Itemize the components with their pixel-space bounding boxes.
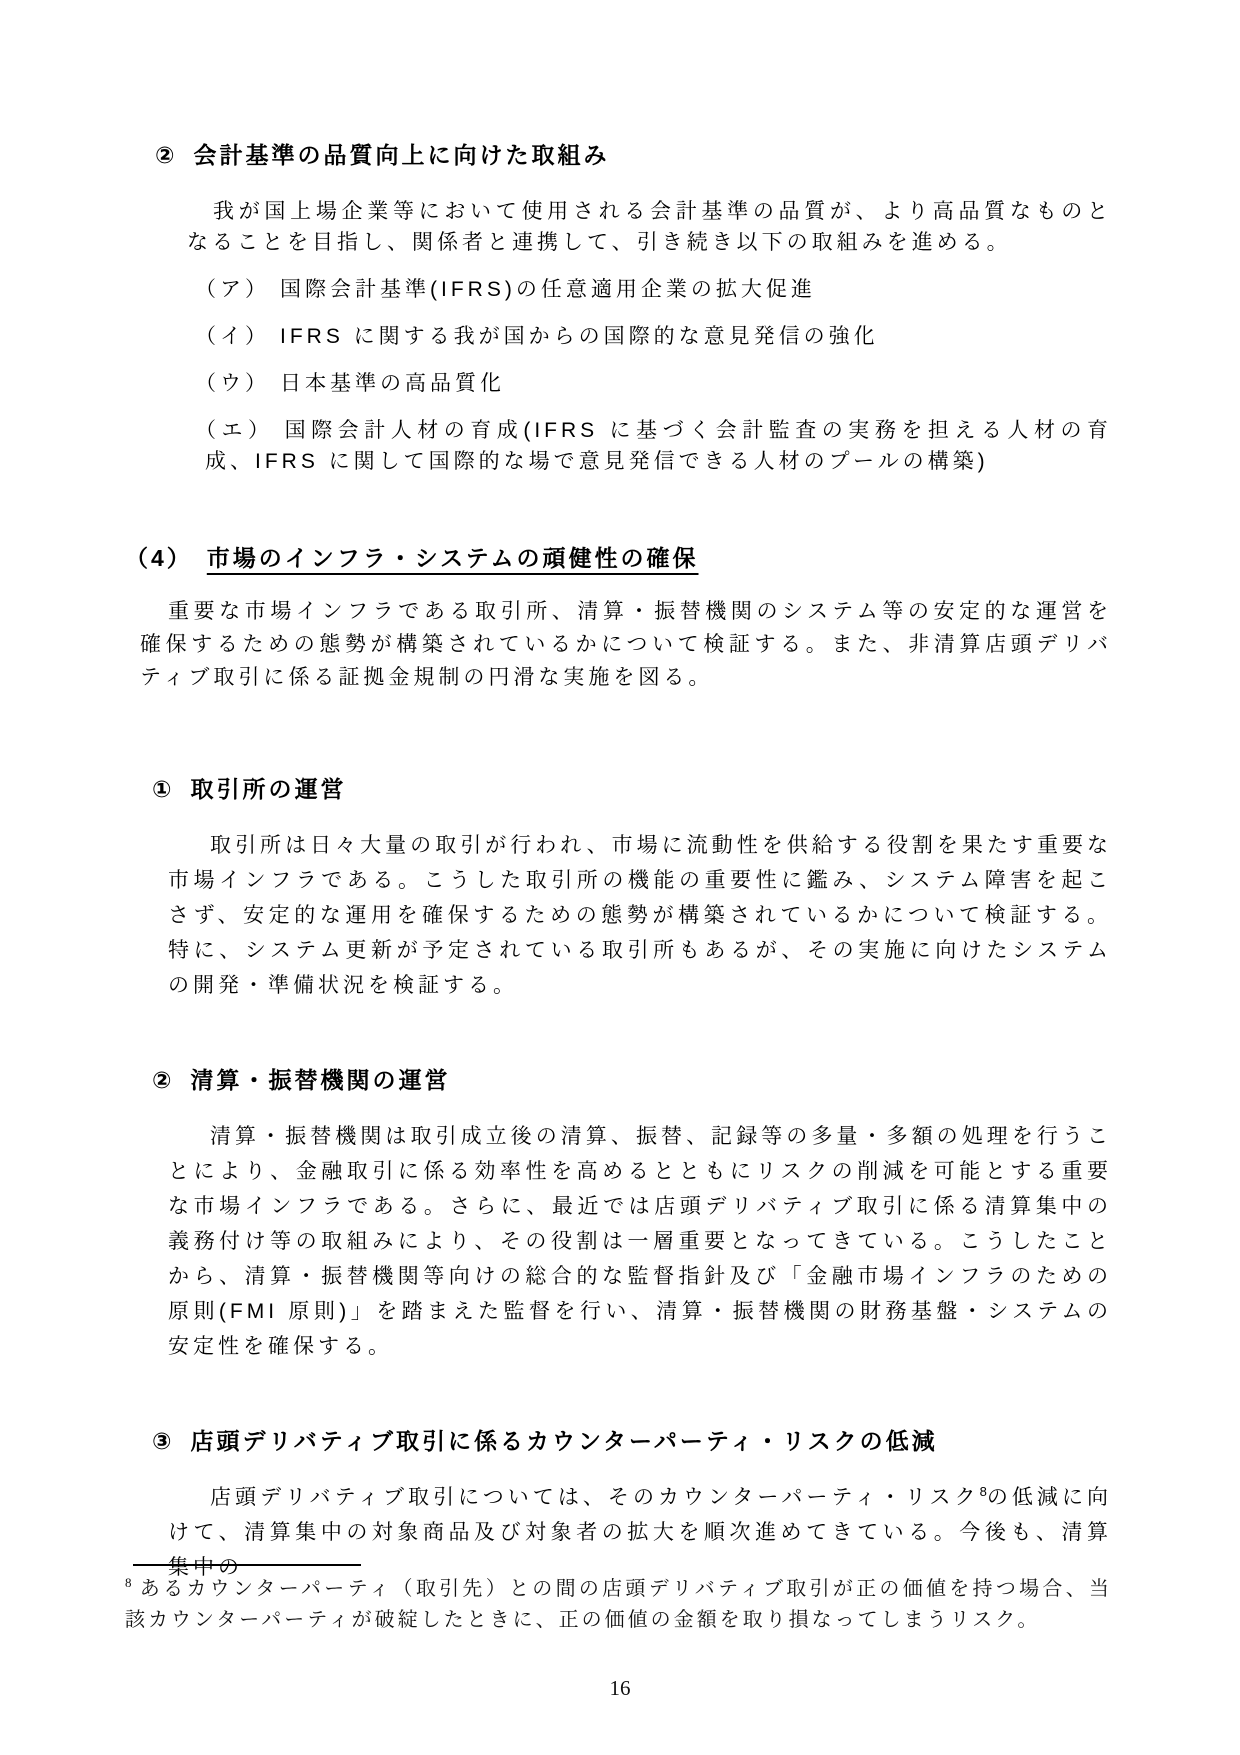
list-item: （ウ）日本基準の高品質化: [195, 368, 1112, 399]
sub3-heading-title: 店頭デリバティブ取引に係るカウンターパーティ・リスクの低減: [190, 1428, 937, 1454]
sub3-heading: ③店頭デリバティブ取引に係るカウンターパーティ・リスクの低減: [152, 1424, 1112, 1458]
footnote: 8あるカウンターパーティ（取引先）との間の店頭デリバティブ取引が正の価値を持つ場…: [125, 1574, 1112, 1636]
list-item-label: （イ）: [195, 325, 270, 348]
list-item: （イ）IFRS に関する我が国からの国際的な意見発信の強化: [195, 321, 1112, 352]
footnote-reference-marker: 8: [980, 1484, 987, 1499]
list-item-label: （ア）: [195, 278, 270, 301]
section4-heading-number: （4）: [125, 545, 193, 571]
sub1-heading-number: ①: [152, 776, 174, 802]
footnote-separator: [133, 1564, 361, 1566]
sub3-heading-number: ③: [152, 1428, 174, 1454]
sub1-body-paragraph: 取引所は日々大量の取引が行われ、市場に流動性を供給する役割を果たす重要な市場イン…: [168, 828, 1112, 1003]
item2-heading-title: 会計基準の品質向上に向けた取組み: [193, 142, 609, 168]
list-item-text: 日本基準の高品質化: [280, 372, 505, 395]
item2-heading: ②会計基準の品質向上に向けた取組み: [155, 138, 1112, 172]
sub2-body-paragraph: 清算・振替機関は取引成立後の清算、振替、記録等の多量・多額の処理を行うことにより…: [168, 1119, 1112, 1364]
page-number: 16: [0, 1676, 1240, 1701]
section4-heading: （4）市場のインフラ・システムの頑健性の確保: [125, 541, 1112, 575]
document-page: ②会計基準の品質向上に向けた取組み 我が国上場企業等において使用される会計基準の…: [0, 0, 1240, 1755]
footnote-area: 8あるカウンターパーティ（取引先）との間の店頭デリバティブ取引が正の価値を持つ場…: [125, 1556, 1112, 1636]
list-item: （ア）国際会計基準(IFRS)の任意適用企業の拡大促進: [195, 274, 1112, 305]
list-item-label: （ウ）: [195, 372, 270, 395]
sub2-heading: ②清算・振替機関の運営: [152, 1063, 1112, 1097]
section4-intro-paragraph: 重要な市場インフラである取引所、清算・振替機関のシステム等の安定的な運営を確保す…: [140, 595, 1112, 694]
list-item-text: 国際会計人材の育成(IFRS に基づく会計監査の実務を担える人材の育成、IFRS…: [205, 419, 1112, 473]
sub2-heading-title: 清算・振替機関の運営: [190, 1067, 450, 1093]
item2-kana-list: （ア）国際会計基準(IFRS)の任意適用企業の拡大促進 （イ）IFRS に関する…: [125, 274, 1112, 477]
sub2-heading-number: ②: [152, 1067, 174, 1093]
sub1-heading-title: 取引所の運営: [190, 776, 346, 802]
list-item-text: IFRS に関する我が国からの国際的な意見発信の強化: [280, 325, 879, 348]
item2-heading-number: ②: [155, 142, 177, 168]
list-item: （エ）国際会計人材の育成(IFRS に基づく会計監査の実務を担える人材の育成、I…: [195, 415, 1112, 477]
sub3-body-before-ref: 店頭デリバティブ取引については、そのカウンターパーティ・リスク: [210, 1486, 980, 1509]
list-item-label: （エ）: [195, 419, 275, 442]
footnote-text: あるカウンターパーティ（取引先）との間の店頭デリバティブ取引が正の価値を持つ場合…: [125, 1578, 1112, 1631]
section4-heading-title: 市場のインフラ・システムの頑健性の確保: [207, 545, 699, 571]
sub1-heading: ①取引所の運営: [152, 772, 1112, 806]
footnote-number: 8: [125, 1575, 132, 1590]
item2-intro-paragraph: 我が国上場企業等において使用される会計基準の品質が、より高品質なものとなることを…: [187, 196, 1112, 258]
list-item-text: 国際会計基準(IFRS)の任意適用企業の拡大促進: [280, 278, 816, 301]
